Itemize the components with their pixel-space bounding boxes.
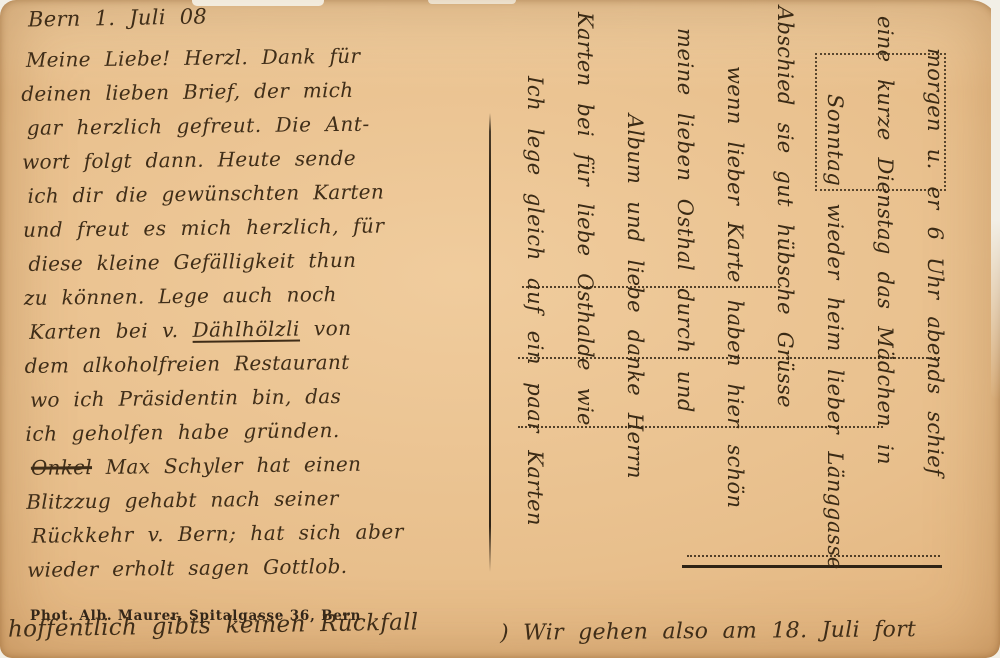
- rotated-handwriting-line: Sonntag wieder heim lieber Länggasse: [810, 6, 860, 631]
- handwriting-line: und freut es mich herzlich, für: [23, 207, 495, 247]
- rotated-handwriting-line: Abschied sie gut hübsche Grüsse: [760, 6, 810, 631]
- rotated-handwriting-line: Ich lege gleich auf ein paar Karten: [510, 6, 560, 631]
- postcard-back: Bern 1. Juli 08 Meine Liebe! Herzl. Dank…: [0, 0, 1000, 658]
- rotated-handwriting-line: morgen u. er 6 Uhr abends schief: [910, 6, 960, 631]
- date-line: Bern 1. Juli 08: [28, 4, 207, 31]
- paper-tear-artifact: [428, 0, 516, 4]
- paper-tear-artifact: [192, 0, 324, 6]
- handwriting-line: wort folgt dann. Heute sende: [22, 139, 494, 179]
- handwriting-line: deinen lieben Brief, der mich: [21, 71, 493, 111]
- rotated-handwriting-line: Album und liebe danke Herrn: [610, 6, 660, 631]
- center-divider-line: [489, 113, 491, 572]
- line-suffix: von: [300, 316, 352, 341]
- handwriting-line: diese kleine Gefälligkeit thun: [23, 241, 495, 281]
- handwriting-line-with-strikethrough: Onkel Max Schyler hat einen: [26, 445, 498, 485]
- handwriting-line: dem alkoholfreien Restaurant: [24, 343, 496, 383]
- rotated-handwriting-line: meine lieben Osthal durch und: [660, 6, 710, 631]
- line-prefix: Karten bei v.: [29, 318, 193, 344]
- handwriting-line: gar herzlich gefreut. Die Ant-: [22, 105, 494, 145]
- rotated-handwriting-line: eine kurze Dienstag das Mädchen in: [860, 6, 910, 631]
- rotated-handwriting-line: Karten bei für liebe Osthalde wie: [560, 6, 610, 631]
- handwriting-line: ich geholfen habe gründen.: [25, 411, 497, 451]
- handwriting-line: Rückkehr v. Bern; hat sich aber: [27, 513, 499, 553]
- underlined-word: Dählhölzli: [192, 317, 300, 342]
- scan-edge-artifact: [991, 0, 1000, 400]
- handwriting-line: Blitzzug gehabt nach seiner: [26, 479, 498, 519]
- handwriting-line-with-underline: Karten bei v. Dählhölzli von: [24, 309, 496, 349]
- rotated-handwriting-line: wenn lieber Karte haben hier schön: [710, 6, 760, 631]
- line-rest: Max Schyler hat einen: [92, 452, 362, 479]
- message-left-block: Meine Liebe! Herzl. Dank für deinen lieb…: [21, 37, 500, 587]
- handwriting-line: wieder erholt sagen Gottlob.: [27, 547, 499, 587]
- rotated-message-block: morgen u. er 6 Uhr abends schief eine ku…: [505, 6, 960, 631]
- struck-word: Onkel: [31, 455, 92, 480]
- handwriting-line: ich dir die gewünschten Karten: [22, 173, 494, 213]
- handwriting-line: Meine Liebe! Herzl. Dank für: [21, 37, 493, 77]
- handwriting-line: zu können. Lege auch noch: [24, 275, 496, 315]
- postcard-scan: Bern 1. Juli 08 Meine Liebe! Herzl. Dank…: [0, 0, 1000, 658]
- handwriting-line: wo ich Präsidentin bin, das: [25, 377, 497, 417]
